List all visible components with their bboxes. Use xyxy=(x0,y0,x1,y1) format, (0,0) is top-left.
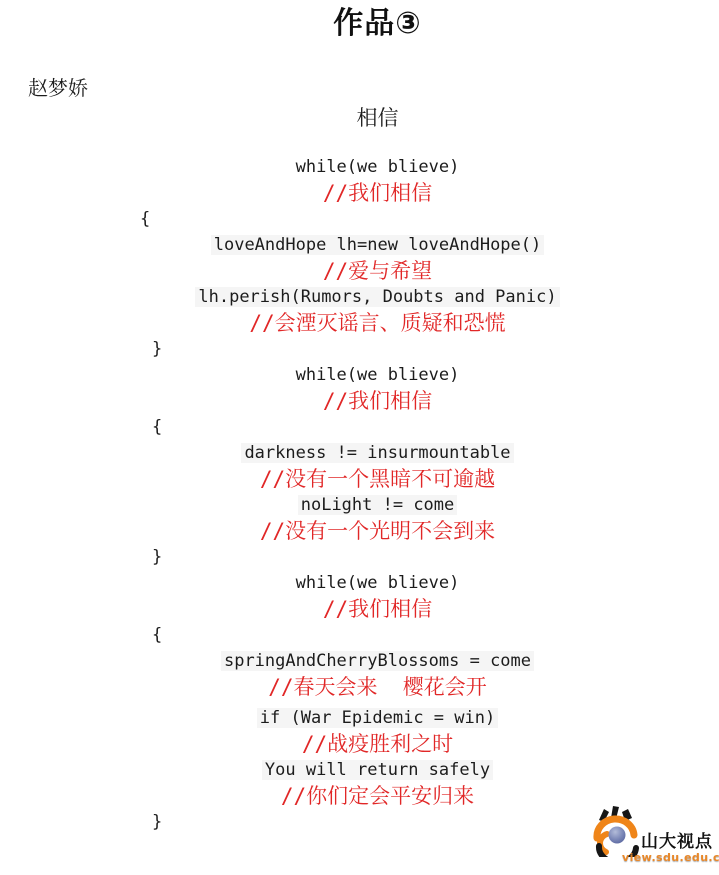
brace-line: { xyxy=(0,414,719,440)
code-line: if (War Epidemic = win) xyxy=(0,705,719,731)
code-text: loveAndHope lh=new loveAndHope() xyxy=(211,235,545,255)
comment-line: //会湮灭谣言、质疑和恐慌 xyxy=(0,310,719,336)
code-text: if (War Epidemic = win) xyxy=(257,708,498,728)
code-text: darkness != insurmountable xyxy=(241,443,513,463)
code-line: while(we blieve) xyxy=(0,570,719,596)
code-line: noLight != come xyxy=(0,492,719,518)
code-line: loveAndHope lh=new loveAndHope() xyxy=(0,232,719,258)
code-text: lh.perish(Rumors, Doubts and Panic) xyxy=(195,287,559,307)
code-line: while(we blieve) xyxy=(0,154,719,180)
page-title: 作品③ xyxy=(0,0,719,46)
comment-line: //我们相信 xyxy=(0,596,719,622)
code-line: lh.perish(Rumors, Doubts and Panic) xyxy=(0,284,719,310)
comment-line: //爱与希望 xyxy=(0,258,719,284)
brace-line: } xyxy=(0,336,719,362)
code-line: You will return safely xyxy=(0,757,719,783)
watermark: 山大视点 view.sdu.edu.cn xyxy=(589,803,717,871)
comment-line: //没有一个黑暗不可逾越 xyxy=(0,466,719,492)
comment-line: //我们相信 xyxy=(0,180,719,206)
code-text: You will return safely xyxy=(262,760,493,780)
poem-title: 相信 xyxy=(0,106,719,130)
comment-line: //没有一个光明不会到来 xyxy=(0,518,719,544)
code-line: darkness != insurmountable xyxy=(0,440,719,466)
brace-line: { xyxy=(0,206,719,232)
sdu-viewpoint-logo-icon xyxy=(591,805,641,857)
brace-line: { xyxy=(0,622,719,648)
code-text: noLight != come xyxy=(298,495,458,515)
code-text: springAndCherryBlossoms = come xyxy=(221,651,534,671)
author-name: 赵梦娇 xyxy=(0,76,719,100)
brace-line: } xyxy=(0,544,719,570)
code-line: springAndCherryBlossoms = come xyxy=(0,648,719,674)
code-poem: while(we blieve) //我们相信 { loveAndHope lh… xyxy=(0,154,719,835)
comment-line: //我们相信 xyxy=(0,388,719,414)
comment-line: //春天会来 樱花会开 xyxy=(0,674,719,700)
watermark-site-name: 山大视点 xyxy=(641,827,713,852)
code-line: while(we blieve) xyxy=(0,362,719,388)
document-page: 作品③ 赵梦娇 相信 while(we blieve) //我们相信 { lov… xyxy=(0,0,719,835)
comment-line: //战疫胜利之时 xyxy=(0,731,719,757)
watermark-site-url: view.sdu.edu.cn xyxy=(622,851,719,864)
